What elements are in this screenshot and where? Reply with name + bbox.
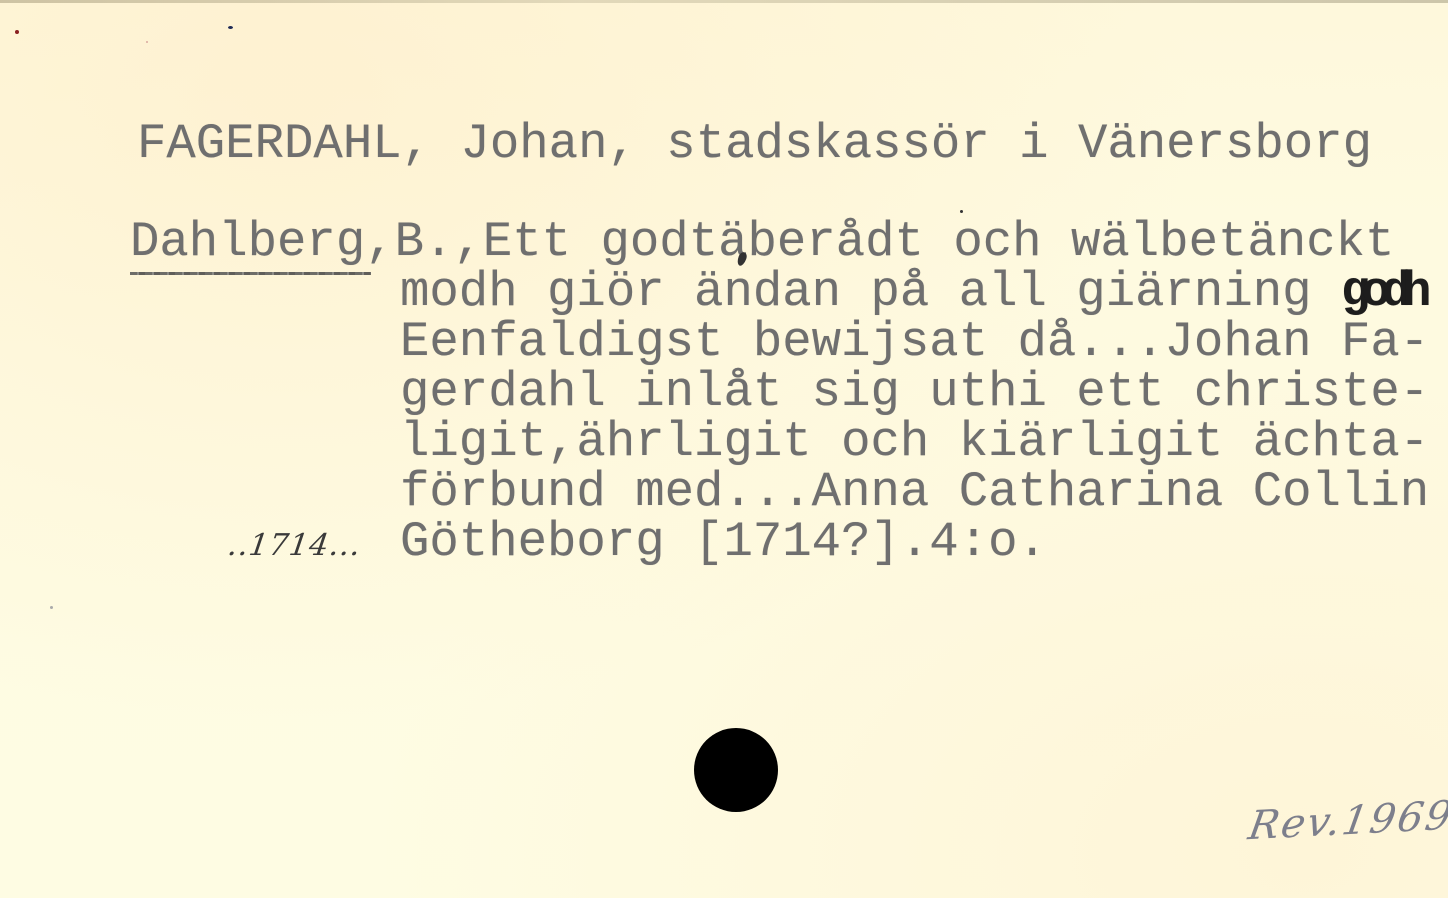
card-top-edge bbox=[0, 0, 1448, 3]
ink-speck bbox=[50, 606, 53, 609]
card-heading: FAGERDAHL, Johan, stadskassör i Vänersbo… bbox=[137, 120, 1372, 169]
entry-line-3: Eenfaldigst bewijsat då...Johan Fa- bbox=[400, 318, 1429, 367]
handwritten-margin-note: ..1714... bbox=[226, 528, 364, 563]
entry-line-2: modh giör ändan på all giärning godh bbox=[400, 268, 1423, 317]
entry-title-start: ,B.,Ett godtäberådt och wälbetänckt bbox=[365, 214, 1394, 270]
entry-line-6: förbund med...Anna Catharina Collin bbox=[400, 468, 1429, 517]
overstruck-word: godh bbox=[1341, 264, 1423, 320]
entry-line-2-text: modh giör ändan på all giärning bbox=[400, 264, 1341, 320]
ink-speck bbox=[960, 210, 963, 213]
ink-speck bbox=[146, 41, 148, 43]
revision-note: Rev.1969 bbox=[1245, 793, 1448, 850]
entry-author: Dahlberg bbox=[130, 218, 365, 267]
punch-hole bbox=[694, 728, 778, 812]
catalog-card: FAGERDAHL, Johan, stadskassör i Vänersbo… bbox=[0, 0, 1448, 898]
entry-line-4: gerdahl inlåt sig uthi ett christe- bbox=[400, 368, 1429, 417]
entry-imprint: Götheborg [1714?].4:o. bbox=[400, 518, 1047, 567]
entry-line-5: ligit,ährligit och kiärligit ächta- bbox=[400, 418, 1429, 467]
ink-speck bbox=[228, 26, 233, 29]
ink-speck bbox=[15, 30, 19, 34]
entry-line-1: Dahlberg,B.,Ett godtäberådt och wälbetän… bbox=[130, 218, 1394, 267]
